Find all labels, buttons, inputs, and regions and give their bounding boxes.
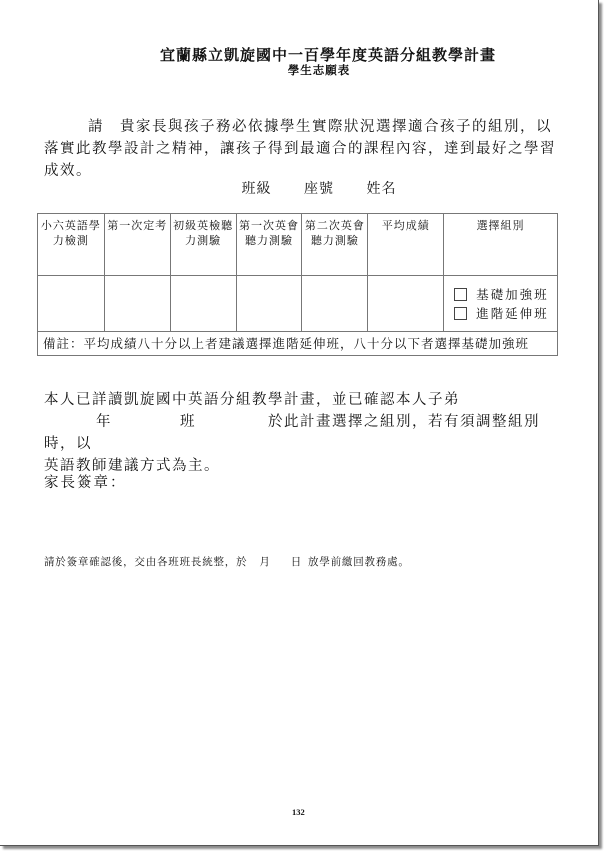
option-advanced[interactable]: 進階延伸班 xyxy=(454,304,553,323)
consent-line-2-text: 於此計畫選擇之組別，若有須調整組別時，以 xyxy=(44,414,540,452)
score-cell-gept[interactable] xyxy=(170,276,236,332)
table-row: 基礎加強班 進階延伸班 xyxy=(38,276,558,332)
score-cell-average[interactable] xyxy=(368,276,444,332)
intro-line-2: 落實此教學設計之精神，讓孩子得到最適合的課程內容，達到最好之學習 xyxy=(44,138,559,160)
header-cell: 第二次英會聽力測驗 xyxy=(302,214,368,276)
class-label: 班 xyxy=(180,414,196,430)
checkbox-basic[interactable] xyxy=(454,288,467,301)
consent-line-1: 本人已詳讀凱旋國中英語分組教學計畫，並已確認本人子弟 xyxy=(44,389,564,411)
seat-label: 座號 xyxy=(304,178,334,198)
header-cell: 選擇組別 xyxy=(444,214,558,276)
header-cell: 第一次定考 xyxy=(104,214,170,276)
month-label: 月 xyxy=(259,556,270,568)
group-choice-cell: 基礎加強班 進階延伸班 xyxy=(444,276,558,332)
option-advanced-label: 進階延伸班 xyxy=(476,306,549,321)
header-cell: 小六英語學力檢測 xyxy=(38,214,105,276)
score-cell-grade6[interactable] xyxy=(38,276,105,332)
option-basic[interactable]: 基礎加強班 xyxy=(454,285,553,304)
score-cell-listening1[interactable] xyxy=(236,276,302,332)
footer-text-1: 請於簽章確認後，交由各班班長統整，於 xyxy=(44,556,247,568)
page-number: 132 xyxy=(292,807,305,817)
note-row: 備註：平均成績八十分以上者建議選擇進階延伸班，八十分以下者選擇基礎加強班 xyxy=(38,332,558,356)
header-cell: 第一次英會聽力測驗 xyxy=(236,214,302,276)
consent-line-2: 年班於此計畫選擇之組別，若有須調整組別時，以 xyxy=(44,411,564,455)
return-instructions: 請於簽章確認後，交由各班班長統整，於月日放學前繳回教務處。 xyxy=(44,554,410,569)
consent-paragraph: 本人已詳讀凱旋國中英語分組教學計畫，並已確認本人子弟 年班於此計畫選擇之組別，若… xyxy=(44,389,564,477)
header-cell: 初級英檢聽力測驗 xyxy=(170,214,236,276)
footer-text-2: 放學前繳回教務處。 xyxy=(308,556,410,568)
table-header-row: 小六英語學力檢測 第一次定考 初級英檢聽力測驗 第一次英會聽力測驗 第二次英會聽… xyxy=(38,214,558,276)
score-cell-listening2[interactable] xyxy=(302,276,368,332)
class-label: 班級 xyxy=(242,178,272,198)
score-cell-exam1[interactable] xyxy=(104,276,170,332)
header-cell: 平均成績 xyxy=(368,214,444,276)
score-table: 小六英語學力檢測 第一次定考 初級英檢聽力測驗 第一次英會聽力測驗 第二次英會聽… xyxy=(37,213,558,356)
document-subtitle: 學生志願表 xyxy=(0,62,598,78)
student-id-line: 班級 座號 姓名 xyxy=(0,178,598,198)
document-page: 宜蘭縣立凱旋國中一百學年度英語分組教學計畫 學生志願表 請 貴家長與孩子務必依據… xyxy=(0,0,599,846)
day-label: 日 xyxy=(291,556,302,568)
intro-line-1: 請 貴家長與孩子務必依據學生實際狀況選擇適合孩子的組別，以 xyxy=(44,116,559,138)
name-label: 姓名 xyxy=(366,178,396,198)
option-basic-label: 基礎加強班 xyxy=(476,287,549,302)
intro-paragraph: 請 貴家長與孩子務必依據學生實際狀況選擇適合孩子的組別，以 落實此教學設計之精神… xyxy=(44,116,559,182)
parent-signature-label: 家長簽章： xyxy=(44,471,127,492)
year-label: 年 xyxy=(96,414,112,430)
checkbox-advanced[interactable] xyxy=(454,307,467,320)
note-text: 備註：平均成績八十分以上者建議選擇進階延伸班，八十分以下者選擇基礎加強班 xyxy=(38,332,558,356)
